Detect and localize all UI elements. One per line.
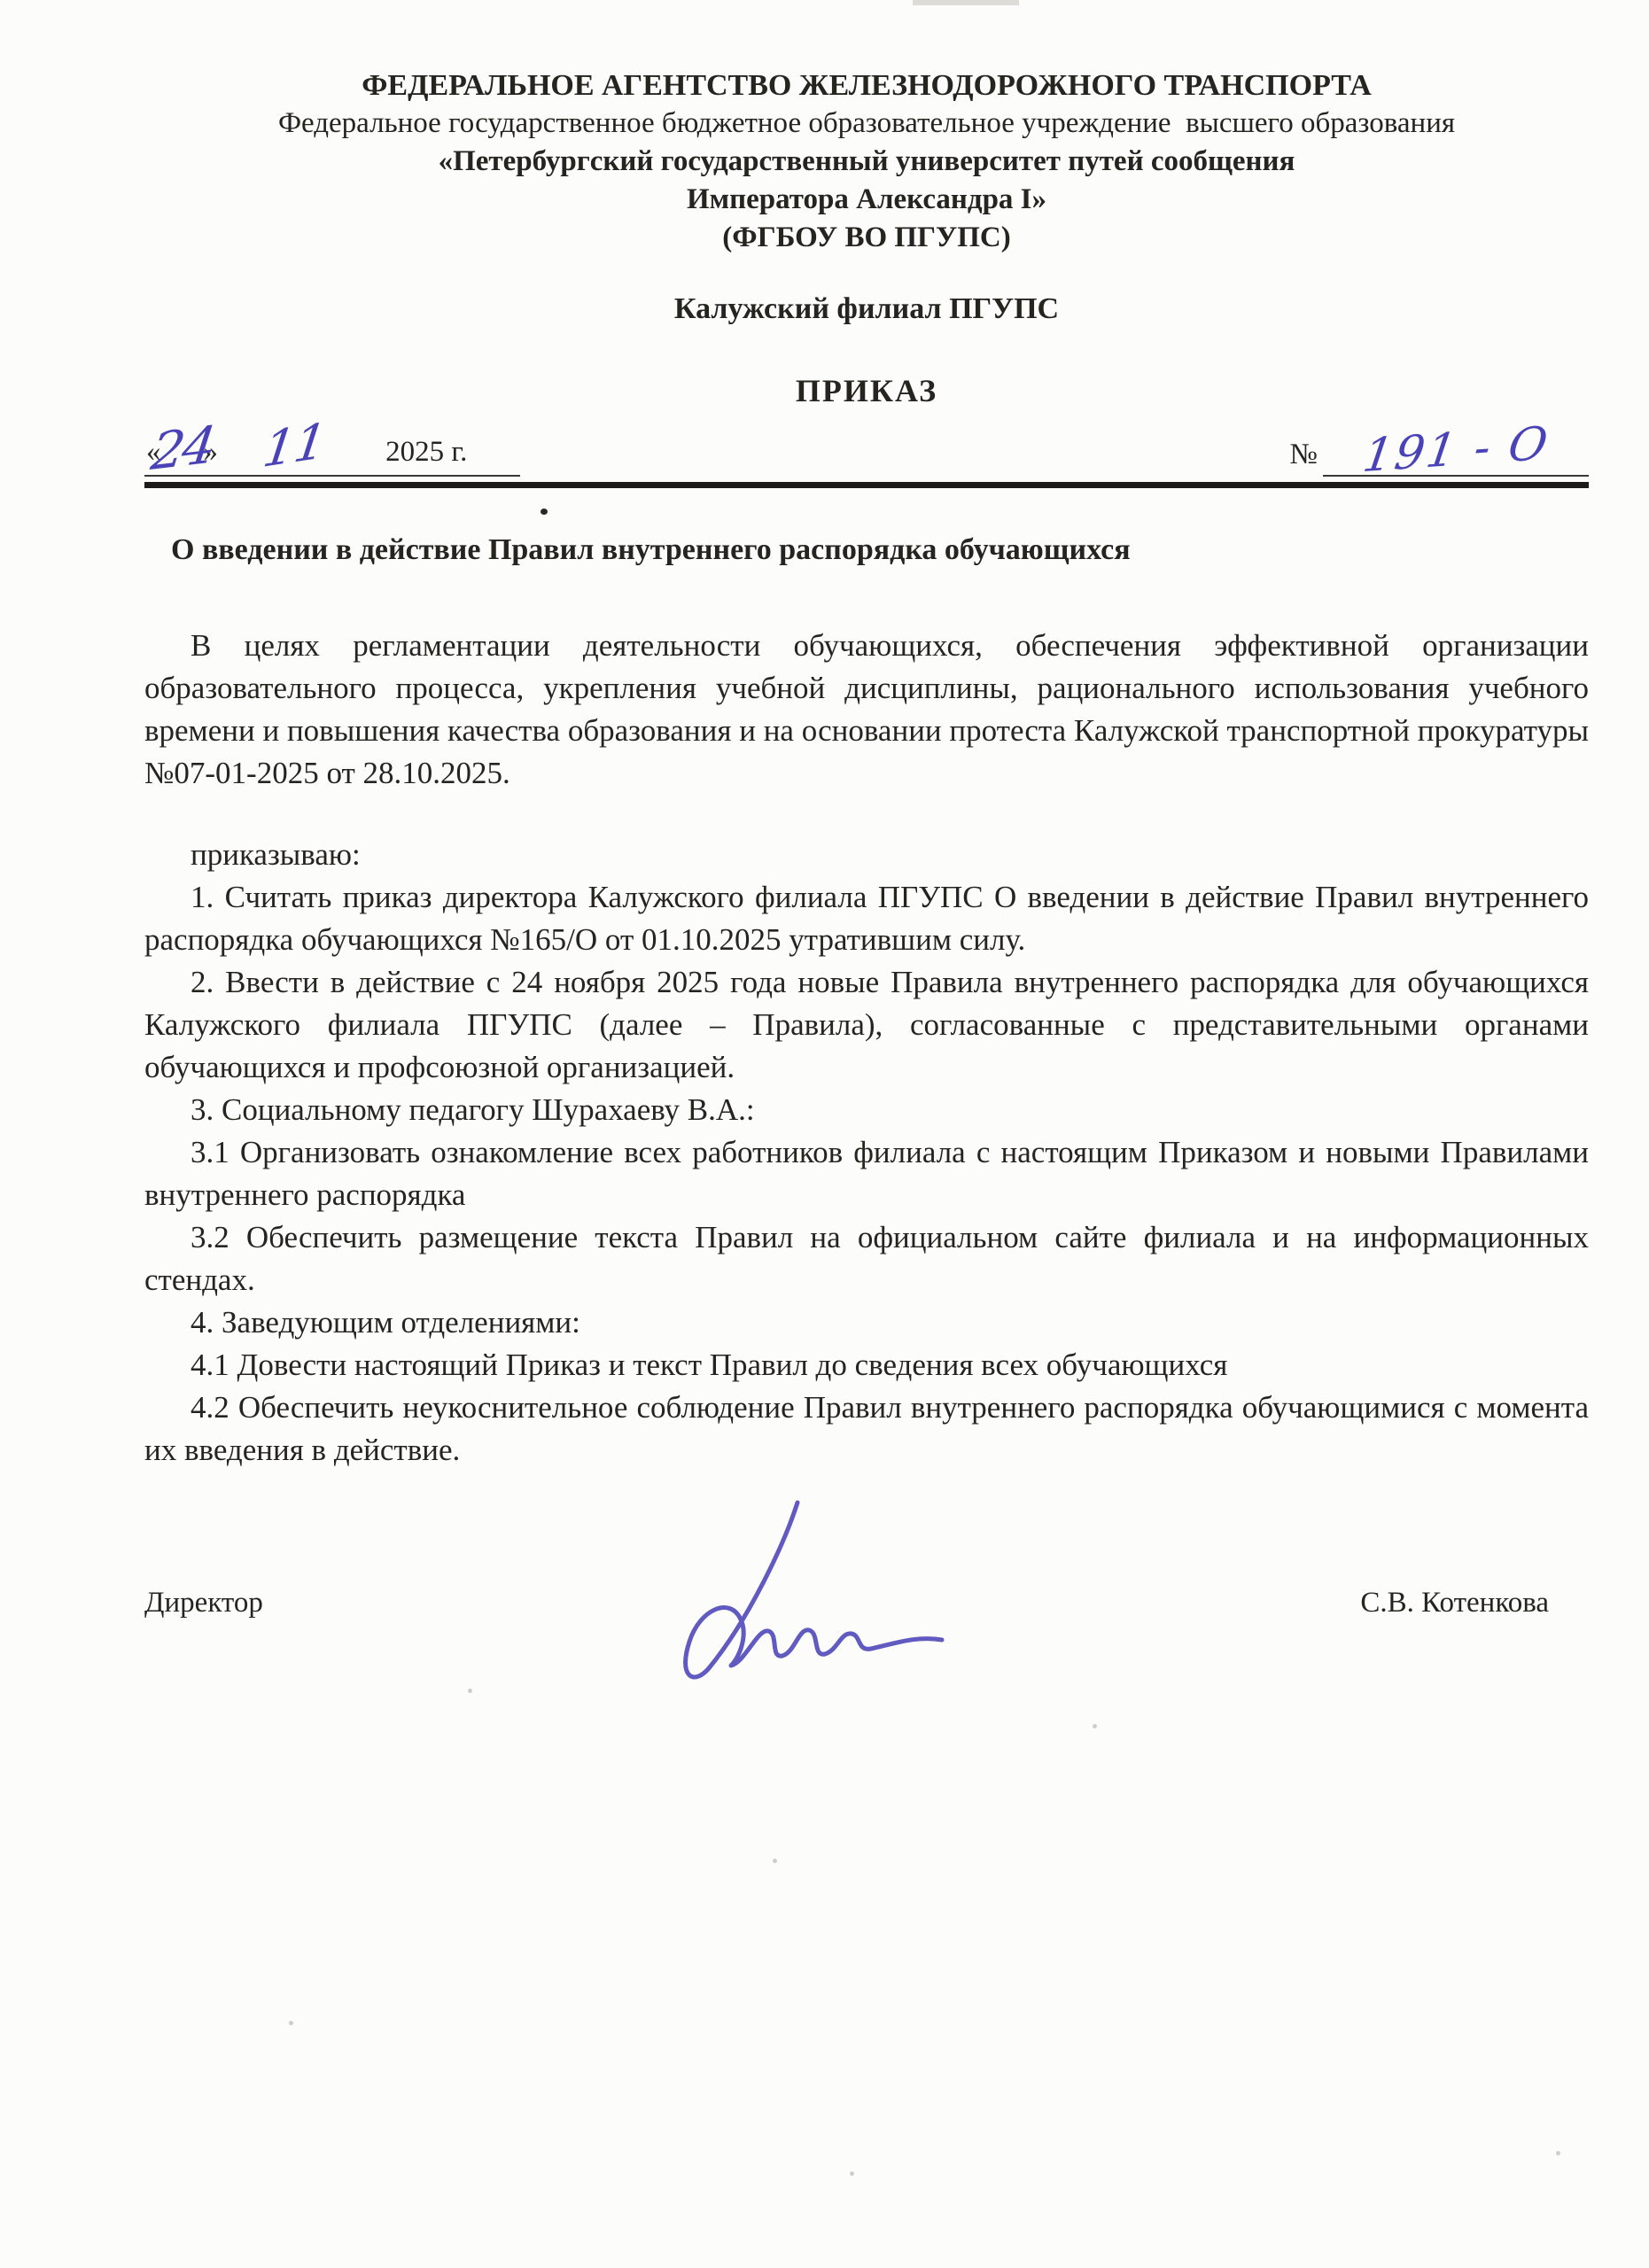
handwritten-order-number: 191 - О [1360, 421, 1552, 479]
number-underline: 191 - О [1323, 427, 1589, 477]
university-abbreviation: (ФГБОУ ВО ПГУПС) [144, 219, 1589, 257]
scan-speck [468, 1689, 472, 1693]
handwritten-month: 11 [260, 417, 328, 476]
scan-speck [1556, 2151, 1560, 2155]
signer-role: Директор [144, 1587, 263, 1619]
university-name-line2: Императора Александра I» [144, 181, 1589, 219]
paragraph-preamble: В целях регламентации деятельности обуча… [144, 625, 1589, 795]
paragraph-item-3-2: 3.2 Обеспечить размещение текста Правил … [144, 1216, 1589, 1301]
institution-type: Федеральное государственное бюджетное об… [144, 105, 1589, 143]
number-sign: № [1290, 439, 1318, 477]
university-name-line1: «Петербургский государственный университ… [144, 143, 1589, 181]
order-body: В целях регламентации деятельности обуча… [144, 625, 1589, 1472]
scanned-order-document: ФЕДЕРАЛЬНОЕ АГЕНТСТВО ЖЕЛЕЗНОДОРОЖНОГО Т… [0, 0, 1649, 2268]
date-field: « 24 » 11 2025 г. [144, 417, 520, 477]
order-subject: О введении в действие Правил внутреннего… [171, 531, 1589, 570]
paragraph-item-3: 3. Социальному педагогу Шурахаеву В.А.: [144, 1089, 1589, 1131]
date-and-number-row: « 24 » 11 2025 г. № 191 - О [144, 427, 1589, 477]
agency-name: ФЕДЕРАЛЬНОЕ АГЕНТСТВО ЖЕЛЕЗНОДОРОЖНОГО Т… [144, 66, 1589, 105]
paragraph-item-4: 4. Заведующим отделениями: [144, 1301, 1589, 1344]
scan-speck [1093, 1724, 1097, 1728]
director-signature [616, 1495, 953, 1699]
paragraph-item-4-2: 4.2 Обеспечить неукоснительное соблюдени… [144, 1386, 1589, 1472]
handwritten-day: 24 [148, 419, 216, 478]
paragraph-item-4-1: 4.1 Довести настоящий Приказ и текст Пра… [144, 1344, 1589, 1386]
scan-speck [773, 1859, 777, 1863]
paragraph-item-1: 1. Считать приказ директора Калужского ф… [144, 876, 1589, 961]
scan-speck [850, 2171, 854, 2176]
scan-artifact [913, 0, 1019, 5]
paragraph-order-word: приказываю: [144, 834, 1589, 876]
paragraph-item-3-1: 3.1 Организовать ознакомление всех работ… [144, 1131, 1589, 1216]
divider-rule [144, 482, 1589, 488]
signer-name: С.В. Котенкова [1360, 1587, 1549, 1619]
scan-dot [541, 509, 548, 515]
document-header: ФЕДЕРАЛЬНОЕ АГЕНТСТВО ЖЕЛЕЗНОДОРОЖНОГО Т… [144, 66, 1589, 257]
paragraph-item-2: 2. Ввести в действие с 24 ноября 2025 го… [144, 961, 1589, 1089]
branch-name: Калужский филиал ПГУПС [144, 292, 1589, 326]
year-label: 2025 г. [385, 436, 467, 469]
document-type-title: ПРИКАЗ [144, 372, 1589, 409]
order-number-field: № 191 - О [1290, 427, 1590, 477]
scan-speck [289, 2021, 293, 2025]
